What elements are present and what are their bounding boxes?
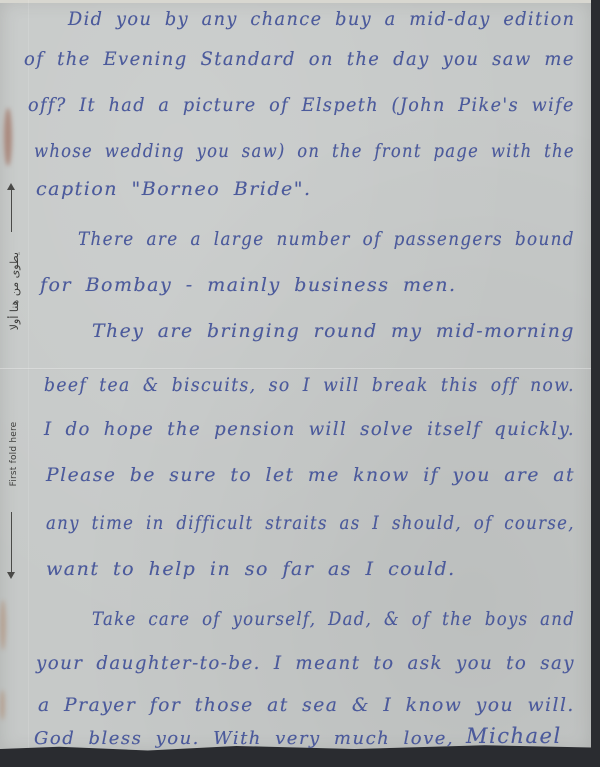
letter-line: whose wedding you saw) on the front page… [34,140,575,162]
letter-line: Please be sure to let me know if you are… [46,464,575,486]
letter-line: God bless you. With very much love, [34,728,454,749]
letter-paper: يطوى من هنا أولا First fold here Did you… [0,0,591,752]
letter-line: Take care of yourself, Dad, & of the boy… [92,608,575,630]
letter-line: want to help in so far as I could. [46,558,456,580]
signature: Michael [466,724,562,748]
letter-line: They are bringing round my mid-morning [92,320,575,342]
letter-line: beef tea & biscuits, so I will break thi… [44,374,575,396]
letter-line: any time in difficult straits as I shoul… [46,512,575,534]
letter-line: of the Evening Standard on the day you s… [24,48,575,70]
letter-line: Did you by any chance buy a mid-day edit… [68,8,575,30]
letter-line: a Prayer for those at sea & I know you w… [38,694,575,716]
letter-line: There are a large number of passengers b… [78,228,575,250]
letter-line: off? It had a picture of Elspeth (John P… [28,94,575,116]
letter-line: caption "Borneo Bride". [36,178,312,200]
letter-line: I do hope the pension will solve itself … [44,418,575,440]
letter-line: your daughter-to-be. I meant to ask you … [36,652,575,674]
letter-line: for Bombay - mainly business men. [40,274,457,296]
letter-body: Did you by any chance buy a mid-day edit… [0,0,591,752]
